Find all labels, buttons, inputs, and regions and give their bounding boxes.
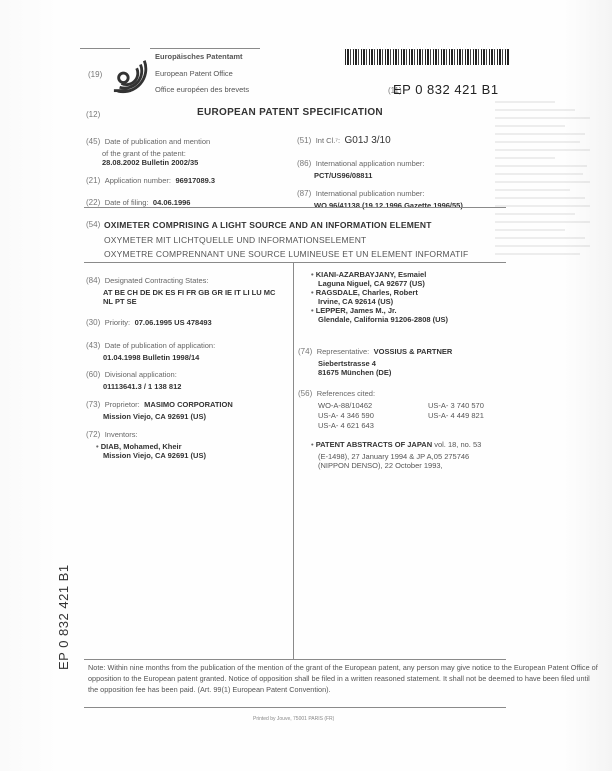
field-60: (60) Divisional application: 01113641.3 …: [86, 364, 181, 391]
header-rule-mid: [150, 48, 260, 49]
side-publication-number: EP 0 832 421 B1: [56, 564, 71, 670]
code-19: (19): [88, 70, 102, 79]
application-number: 96917089.3: [175, 176, 215, 185]
code-54: (54): [86, 220, 100, 229]
title-en: OXIMETER COMPRISING A LIGHT SOURCE AND A…: [104, 220, 432, 230]
opposition-note: Note: Within nine months from the public…: [88, 662, 598, 695]
application-publication-date: 01.04.1998 Bulletin 1998/14: [86, 353, 215, 362]
reverse-side-bleed-through: [495, 95, 595, 655]
representative-name: VOSSIUS & PARTNER: [374, 347, 453, 356]
divider-2: [84, 262, 506, 263]
divider-4: [84, 707, 506, 708]
reference: US-A- 4 621 643: [318, 421, 428, 430]
reference: WO-A-88/10462: [318, 401, 428, 410]
field-86: (86) International application number: P…: [297, 153, 425, 180]
field-72: (72) Inventors: • DIAB, Mohamed, Kheir M…: [86, 424, 206, 460]
divider-1: [84, 207, 506, 208]
printer-footer: Printed by Jouve, 75001 PARIS (FR): [253, 716, 334, 722]
office-name-fr: Office européen des brevets: [155, 85, 249, 94]
field-73: (73) Proprietor: MASIMO CORPORATION Miss…: [86, 394, 233, 421]
grant-date: 28.08.2002 Bulletin 2002/35: [86, 158, 210, 167]
title-de: OXYMETER MIT LICHTQUELLE UND INFORMATION…: [104, 235, 366, 245]
office-name-de: Europäisches Patentamt: [155, 52, 243, 61]
field-74: (74) Representative: VOSSIUS & PARTNER S…: [298, 341, 452, 377]
header-rule-left: [80, 48, 130, 49]
title-fr: OXYMETRE COMPRENNANT UNE SOURCE LUMINEUS…: [104, 249, 468, 259]
filing-date: 04.06.1996: [153, 198, 191, 207]
inventor-3: • RAGSDALE, Charles, Robert: [311, 288, 448, 297]
inventor-4: • LEPPER, James M., Jr.: [311, 306, 448, 315]
designated-states: AT BE CH DE DK ES FI FR GB GR IE IT LI L…: [86, 288, 275, 297]
document-type-title: EUROPEAN PATENT SPECIFICATION: [197, 107, 383, 118]
field-45: (45) Date of publication and mention of …: [86, 131, 210, 167]
inventor-1: • DIAB, Mohamed, Kheir: [86, 442, 206, 451]
npl-reference: • PATENT ABSTRACTS OF JAPAN vol. 18, no.…: [311, 434, 481, 470]
field-84: (84) Designated Contracting States: AT B…: [86, 270, 275, 306]
field-21: (21) Application number: 96917089.3: [86, 170, 215, 188]
divisional-application: 01113641.3 / 1 138 812: [86, 382, 181, 391]
priority: 07.06.1995 US 478493: [135, 318, 212, 327]
reference: US-A- 3 740 570: [428, 401, 528, 410]
publication-number: EP 0 832 421 B1: [393, 82, 499, 97]
inventor-list: • KIANI-AZARBAYJANY, Esmaiel Laguna Nigu…: [311, 270, 448, 324]
field-51: (51) Int Cl.⁷: G01J 3/10: [297, 130, 391, 148]
wo-number: WO 96/41138 (19.12.1996 Gazette 1996/55): [297, 201, 463, 210]
reference: US-A- 4 346 590: [318, 411, 428, 420]
inventor-2: • KIANI-AZARBAYJANY, Esmaiel: [311, 270, 448, 279]
office-name-en: European Patent Office: [155, 69, 233, 78]
field-30: (30) Priority: 07.06.1995 US 478493: [86, 312, 212, 330]
field-43: (43) Date of publication of application:…: [86, 335, 215, 362]
field-87: (87) International publication number: W…: [297, 183, 463, 210]
classification: G01J 3/10: [345, 135, 391, 146]
field-56: (56) References cited: WO-A-88/10462 US-…: [298, 383, 528, 430]
barcode-icon: [345, 49, 510, 65]
pct-number: PCT/US96/08811: [297, 171, 425, 180]
code-12: (12): [86, 110, 100, 119]
references-list: WO-A-88/10462 US-A- 3 740 570 US-A- 4 34…: [298, 401, 528, 430]
proprietor-name: MASIMO CORPORATION: [144, 400, 233, 409]
reference: US-A- 4 449 821: [428, 411, 528, 420]
patent-page: (19) Europäisches Patentamt European Pat…: [0, 0, 612, 771]
divider-3: [84, 659, 506, 660]
epo-logo-icon: [112, 54, 150, 94]
column-divider: [293, 262, 294, 660]
